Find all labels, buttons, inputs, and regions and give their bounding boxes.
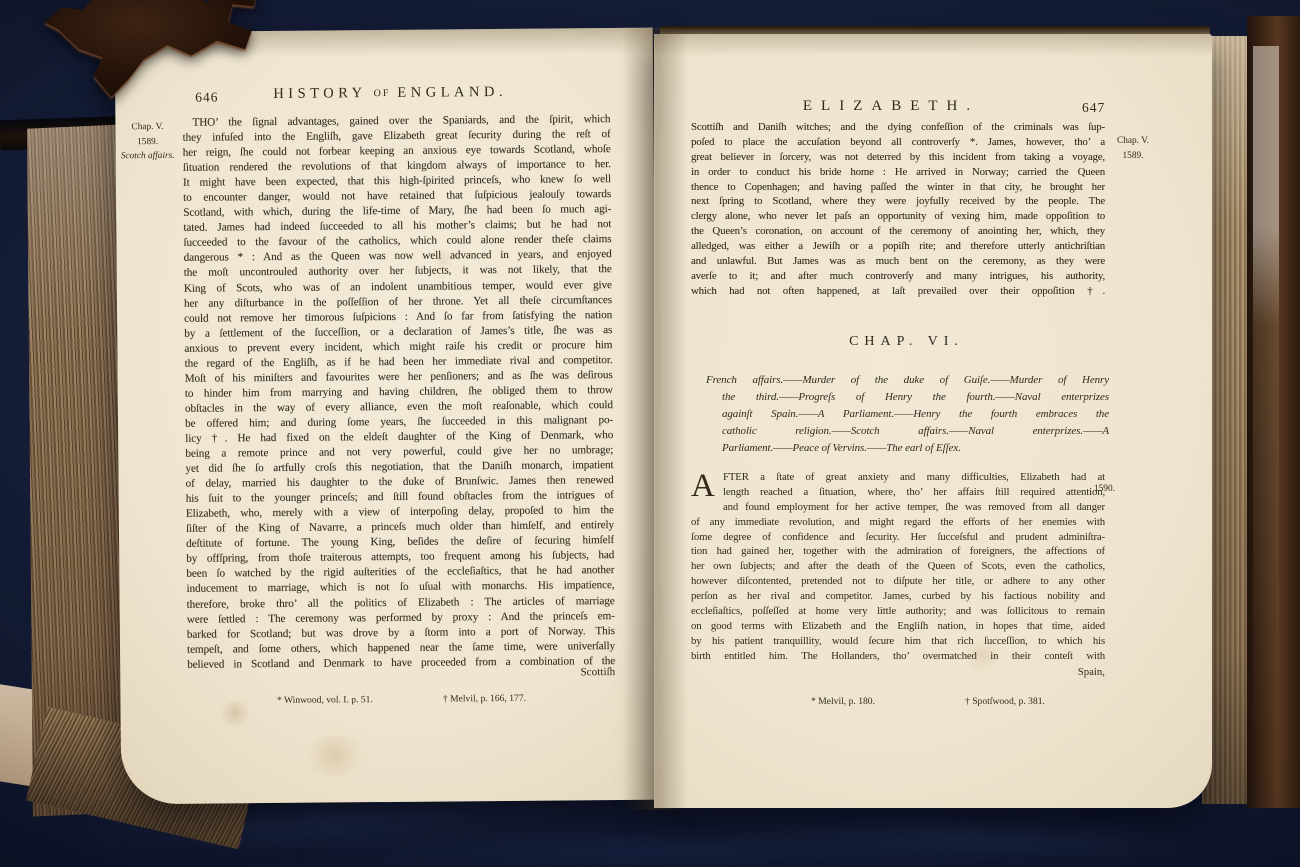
summary-line: catholic religion.——Scotch affairs.——Nav… <box>704 423 1109 440</box>
left-page: 646 HISTORYOFENGLAND. Chap. V.1589.Scotc… <box>115 28 660 805</box>
text-line: in order to conduct his bride home : He … <box>691 165 1105 180</box>
margin-note: 1589. <box>116 134 180 149</box>
text-line: and unlawful. But James was as much bent… <box>691 254 1105 269</box>
footnotes-left: * Winwood, vol. I. p. 51.† Melvil, p. 16… <box>187 692 615 707</box>
text-line: poſed to place the accuſation beyond all… <box>691 135 1105 150</box>
opening-paragraph: A FTER a ſtate of great anxiety and many… <box>691 470 1105 664</box>
text-line: perſon as her rival and competitor. Jame… <box>691 589 1105 604</box>
summary-line: againſt Spain.——A Parliament.——Henry the… <box>704 406 1109 423</box>
text-line: her own ſubjects; and after the death of… <box>691 559 1105 574</box>
left-page-text: THO’ the ſignal advantages, gained over … <box>182 112 615 672</box>
text-line: tion had gained her, together with the a… <box>691 544 1105 559</box>
text-line: averſe to it; and after much controverſy… <box>691 269 1105 284</box>
leather-clasp <box>40 0 256 98</box>
margin-note: Chap. V. <box>115 120 179 135</box>
summary-line: the third.——Progreſs of Henry the fourth… <box>704 389 1109 406</box>
chapter-summary: French affairs.——Murder of the duke of G… <box>704 372 1109 457</box>
catchword-right: Spain, <box>691 666 1105 678</box>
cloth-fold <box>300 840 1000 862</box>
text-line: clergy alone, who never let paſs an oppo… <box>691 209 1105 224</box>
text-line: Scottiſh and Daniſh witches; and the dyi… <box>691 120 1105 135</box>
text-line: ſome degree of confidence and ſecurity. … <box>691 530 1105 545</box>
margin-note: Scotch affairs. <box>116 149 180 164</box>
drop-cap: A <box>691 471 719 500</box>
title-word: HISTORY <box>273 85 366 102</box>
summary-line: Parliament.——Peace of Vervins.——The earl… <box>704 440 1109 457</box>
text-line: which had not often happened, at laſt pr… <box>691 284 1105 299</box>
footnotes-right: * Melvil, p. 180.† Spotſwood, p. 381. <box>691 696 1105 707</box>
footnote: † Melvil, p. 166, 177. <box>443 693 526 705</box>
text-line: thence to Copenhagen; and having paſſed … <box>691 180 1105 195</box>
book-photo: 646 HISTORYOFENGLAND. Chap. V.1589.Scotc… <box>0 0 1300 867</box>
running-title-right: ELIZABETH. <box>741 98 1041 115</box>
margin-notes-right: Chap. V.1589. <box>1102 134 1164 163</box>
title-word-of: OF <box>374 88 391 99</box>
text-line: on good terms with Elizabeth and the Eng… <box>691 619 1105 634</box>
text-line: alledged, was either a Jewiſh or a popiſ… <box>691 239 1105 254</box>
chapter-heading: CHAP. VI. <box>704 334 1109 350</box>
margin-note: 1589. <box>1102 149 1164 164</box>
text-line: birth entitled him. The Hollanders, tho’… <box>691 649 1105 664</box>
text-line: however diſcontented, pretended not to d… <box>691 574 1105 589</box>
text-line: of any immediate revolution, and might r… <box>691 515 1105 530</box>
text-line: and found employment for her active temp… <box>723 500 1105 515</box>
text-line: by his patient tranquillity, would ſecur… <box>691 634 1105 649</box>
running-title-left: HISTORYOFENGLAND. <box>220 83 560 103</box>
margin-note: Chap. V. <box>1102 134 1164 149</box>
text-line: the Queen’s coronation, on account of th… <box>691 224 1105 239</box>
page-number-right: 647 <box>1082 100 1105 116</box>
right-page-text: Scottiſh and Daniſh witches; and the dyi… <box>691 120 1105 299</box>
title-word: ENGLAND. <box>397 84 507 101</box>
footnote: * Winwood, vol. I. p. 51. <box>277 694 373 706</box>
text-line: length reached a ſituation, where, tho’ … <box>723 485 1105 500</box>
footnote: * Melvil, p. 180. <box>811 696 875 707</box>
right-book-cover <box>1247 16 1300 808</box>
leather-clasp-shape <box>40 0 256 98</box>
text-line: FTER a ſtate of great anxiety and many d… <box>723 470 1105 485</box>
text-line: eccleſiaſtics, poſſeſſed at home very li… <box>691 604 1105 619</box>
footnote: † Spotſwood, p. 381. <box>965 696 1045 707</box>
summary-line: French affairs.——Murder of the duke of G… <box>704 372 1109 389</box>
text-line: great believer in ſorcery, was not deter… <box>691 150 1105 165</box>
opening-paragraph-lines: FTER a ſtate of great anxiety and many d… <box>691 470 1105 664</box>
cloth-fold <box>700 816 1221 860</box>
text-line: next ſpring to Scotland, where they were… <box>691 194 1105 209</box>
margin-notes-left: Chap. V.1589.Scotch affairs. <box>115 120 179 164</box>
catchword-left: Scottiſh <box>187 666 615 682</box>
right-page: ELIZABETH. 647 Chap. V.1589. 1590. Scott… <box>654 34 1212 808</box>
